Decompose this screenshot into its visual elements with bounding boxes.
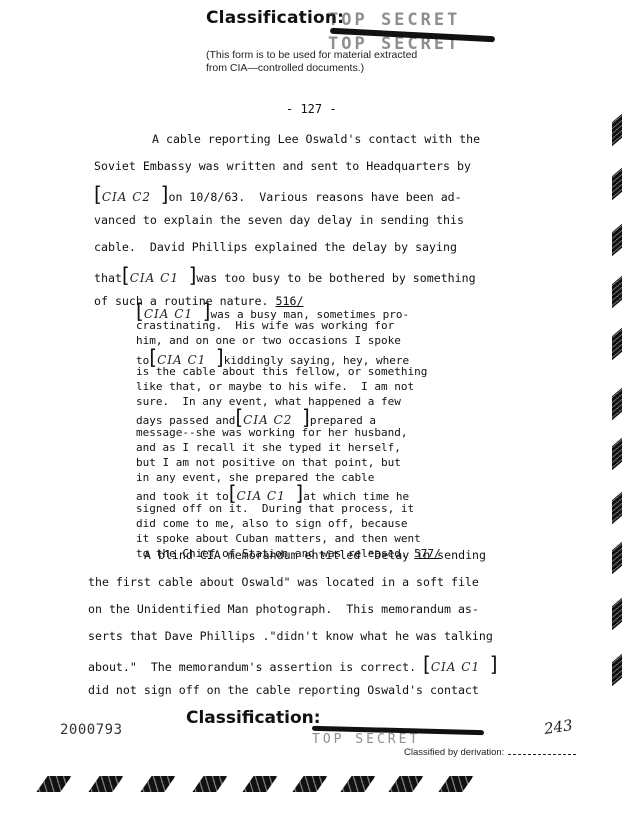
stamp-mark-icon (438, 776, 473, 792)
text-line: A cable reporting Lee Oswald's contact w… (152, 132, 480, 146)
stamp-mark-icon (612, 388, 622, 420)
stamp-mark-icon (612, 598, 622, 630)
line-text: is the cable about this fellow, or somet… (136, 365, 427, 378)
text-line: like that, or maybe to his wife. I am no… (136, 379, 414, 394)
redaction-label: CIA C2 (102, 190, 161, 204)
stamp-text: TOP SECRET (312, 732, 420, 747)
classified-by-blank (508, 754, 576, 755)
redaction-bracket-close: ] (490, 652, 498, 676)
text-line: serts that Dave Phillips ."didn't know w… (88, 629, 493, 643)
redaction-bracket-open: [ (94, 182, 102, 206)
line-text: message--she was working for her husband… (136, 426, 408, 439)
line-text: on 10/8/63. Various reasons have been ad… (168, 190, 461, 204)
text-line: did come to me, also to sign off, becaus… (136, 516, 408, 531)
line-text: signed off on it. During that process, i… (136, 502, 414, 515)
stamp-mark-icon (612, 328, 622, 360)
text-line: signed off on it. During that process, i… (136, 501, 414, 516)
line-text: A cable reporting Lee Oswald's contact w… (152, 132, 480, 146)
text-line: message--she was working for her husband… (136, 425, 408, 440)
redaction-label: CIA C1 (431, 660, 490, 674)
header-classification-stamp: TOP SECRET TOP SECRET (320, 10, 496, 54)
text-line: about." The memorandum's assertion is co… (88, 656, 498, 674)
stamp-mark-icon (388, 776, 423, 792)
line-text: serts that Dave Phillips ."didn't know w… (88, 629, 493, 643)
redaction-label: CIA C1 (130, 271, 189, 285)
text-line: A blind CIA memorandum entitled "Delay i… (144, 548, 486, 562)
text-line: is the cable about this fellow, or somet… (136, 364, 427, 379)
stamp-mark-icon (36, 776, 71, 792)
line-text: cable. David Phillips explained the dela… (94, 240, 457, 254)
text-line: and as I recall it she typed it herself, (136, 440, 401, 455)
stamp-mark-icon (612, 168, 622, 200)
stamp-mark-icon (612, 492, 622, 524)
line-text: it spoke about Cuban matters, and then w… (136, 532, 421, 545)
footer-classification-stamp: TOP SECRET (300, 710, 500, 750)
line-text: on the Unidentified Man photograph. This… (88, 602, 479, 616)
text-line: but I am not positive on that point, but (136, 455, 401, 470)
stamp-text: TOP SECRET (328, 10, 460, 30)
line-text: but I am not positive on that point, but (136, 456, 401, 469)
form-note: (This form is to be used for material ex… (206, 49, 417, 75)
stamp-mark-icon (88, 776, 123, 792)
line-text: and as I recall it she typed it herself, (136, 441, 401, 454)
stamp-mark-icon (140, 776, 175, 792)
text-line: Soviet Embassy was written and sent to H… (94, 159, 471, 173)
line-text: crastinating. His wife was working for (136, 319, 394, 332)
text-line: on the Unidentified Man photograph. This… (88, 602, 479, 616)
text-line: him, and on one or two occasions I spoke (136, 333, 401, 348)
line-text: did come to me, also to sign off, becaus… (136, 517, 408, 530)
line-text: in any event, she prepared the cable (136, 471, 374, 484)
line-text: vanced to explain the seven day delay in… (94, 213, 464, 227)
text-line: [CIA C2 ]on 10/8/63. Various reasons hav… (94, 186, 462, 204)
page-number: - 127 - (286, 102, 337, 116)
line-text: the first cable about Oswald" was locate… (88, 575, 479, 589)
stamp-mark-icon (612, 276, 622, 308)
line-text: sure. In any event, what happened a few (136, 395, 401, 408)
line-text: A blind CIA memorandum entitled "Delay i… (144, 548, 486, 562)
handwritten-page-number: 243 (543, 716, 574, 738)
line-text: Soviet Embassy was written and sent to H… (94, 159, 471, 173)
line-prefix: that (94, 271, 122, 285)
stamp-mark-icon (612, 114, 622, 146)
stamp-mark-icon (612, 654, 622, 686)
line-text: about." The memorandum's assertion is co… (88, 660, 416, 674)
text-line: it spoke about Cuban matters, and then w… (136, 531, 421, 546)
line-text: did not sign off on the cable reporting … (88, 683, 479, 697)
form-note-line: (This form is to be used for material ex… (206, 49, 417, 62)
text-line: did not sign off on the cable reporting … (88, 683, 479, 697)
stamp-mark-icon (192, 776, 227, 792)
document-id: 2000793 (60, 722, 123, 738)
text-line: vanced to explain the seven day delay in… (94, 213, 464, 227)
text-line: crastinating. His wife was working for (136, 318, 394, 333)
stamp-mark-icon (612, 224, 622, 256)
stamp-mark-icon (612, 542, 622, 574)
line-text: him, and on one or two occasions I spoke (136, 334, 401, 347)
stamp-mark-icon (292, 776, 327, 792)
redaction-bracket-open: [ (423, 652, 431, 676)
classified-by-label: Classified by derivation: (404, 747, 504, 758)
stamp-mark-icon (340, 776, 375, 792)
form-note-line: from CIA—controlled documents.) (206, 62, 417, 75)
text-line: the first cable about Oswald" was locate… (88, 575, 479, 589)
text-line: cable. David Phillips explained the dela… (94, 240, 457, 254)
text-line: sure. In any event, what happened a few (136, 394, 401, 409)
line-text: was too busy to be bothered by something (196, 271, 475, 285)
text-line: in any event, she prepared the cable (136, 470, 374, 485)
stamp-mark-icon (242, 776, 277, 792)
classified-by-derivation: Classified by derivation: (404, 747, 576, 758)
line-text: like that, or maybe to his wife. I am no… (136, 380, 414, 393)
document-page: Classification: TOP SECRET TOP SECRET (T… (0, 0, 638, 824)
text-line: that[CIA C1 ]was too busy to be bothered… (94, 267, 476, 285)
stamp-mark-icon (612, 438, 622, 470)
redaction-bracket-open: [ (122, 263, 130, 287)
